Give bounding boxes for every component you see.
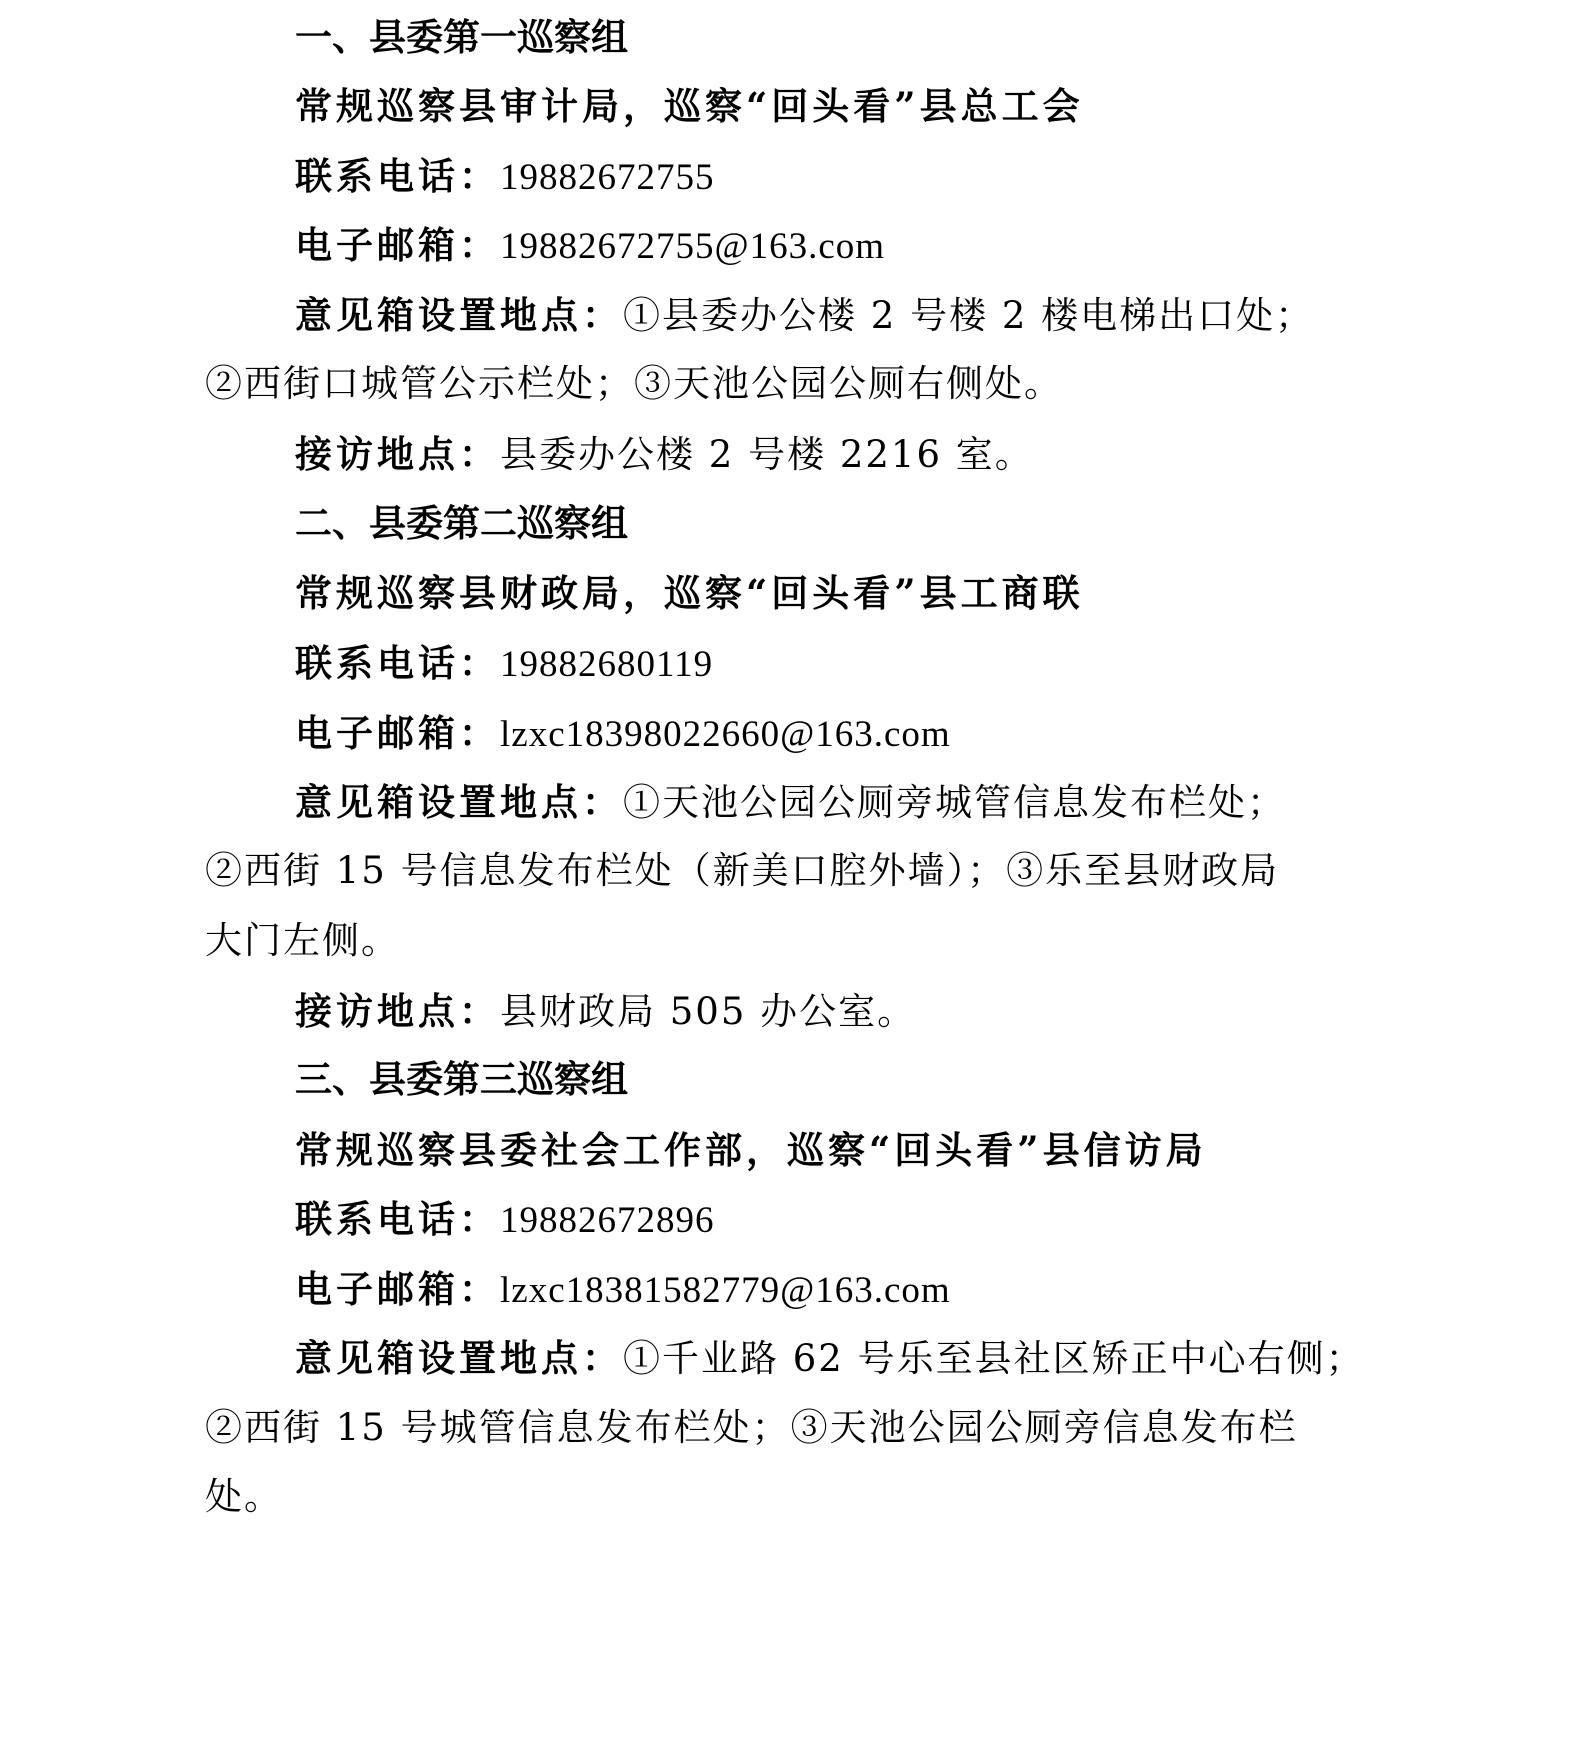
group-2-box-line3: 大门左侧。 xyxy=(205,911,1385,971)
phone-value: 19882672896 xyxy=(500,1200,715,1241)
email-label: 电子邮箱： xyxy=(295,223,500,267)
group-2-scope: 常规巡察县财政局，巡察“回头看”县工商联 xyxy=(295,563,1475,623)
phone-label: 联系电话： xyxy=(295,154,500,198)
group-3-heading: 三、县委第三巡察组 xyxy=(295,1050,1475,1110)
visit-label: 接访地点： xyxy=(295,989,500,1033)
group-3-email-row: 电子邮箱：lzxc18381582779@163.com xyxy=(295,1259,1475,1319)
group-3-box-line2: ②西街 15 号城管信息发布栏处；③天池公园公厕旁信息发布栏 xyxy=(205,1398,1385,1458)
group-2-box-row: 意见箱设置地点：①天池公园公厕旁城管信息发布栏处； xyxy=(295,772,1475,832)
group-3-phone-row: 联系电话：19882672896 xyxy=(295,1189,1475,1249)
email-value: lzxc18398022660@163.com xyxy=(500,714,951,755)
group-2-visit-row: 接访地点：县财政局 505 办公室。 xyxy=(295,981,1475,1041)
box-label: 意见箱设置地点： xyxy=(295,293,623,337)
box-label: 意见箱设置地点： xyxy=(295,1336,623,1380)
group-2-email-row: 电子邮箱：lzxc18398022660@163.com xyxy=(295,703,1475,763)
visit-value: 县财政局 505 办公室。 xyxy=(500,990,916,1033)
document-page: 一、县委第一巡察组 常规巡察县审计局，巡察“回头看”县总工会 联系电话：1988… xyxy=(0,0,1587,1742)
group-3-scope: 常规巡察县委社会工作部，巡察“回头看”县信访局 xyxy=(295,1120,1475,1180)
group-1-phone-row: 联系电话：19882672755 xyxy=(295,146,1475,206)
phone-label: 联系电话： xyxy=(295,641,500,685)
email-value: 19882672755@163.com xyxy=(500,226,885,267)
box-location-line1: ①天池公园公厕旁城管信息发布栏处； xyxy=(623,781,1286,824)
group-2-box-line2: ②西街 15 号信息发布栏处（新美口腔外墙）；③乐至县财政局 xyxy=(205,841,1385,901)
email-label: 电子邮箱： xyxy=(295,1267,500,1311)
box-label: 意见箱设置地点： xyxy=(295,780,623,824)
phone-value: 19882680119 xyxy=(500,644,713,685)
email-value: lzxc18381582779@163.com xyxy=(500,1270,951,1311)
phone-value: 19882672755 xyxy=(500,157,715,198)
phone-label: 联系电话： xyxy=(295,1197,500,1241)
group-3-box-row: 意见箱设置地点：①千业路 62 号乐至县社区矫正中心右侧； xyxy=(295,1328,1475,1388)
group-1-box-line2: ②西街口城管公示栏处；③天池公园公厕右侧处。 xyxy=(205,354,1385,414)
group-2-phone-row: 联系电话：19882680119 xyxy=(295,633,1475,693)
group-2-heading: 二、县委第二巡察组 xyxy=(295,494,1475,554)
box-location-line1: ①千业路 62 号乐至县社区矫正中心右侧； xyxy=(623,1337,1365,1380)
group-1-email-row: 电子邮箱：19882672755@163.com xyxy=(295,215,1475,275)
group-1-visit-row: 接访地点：县委办公楼 2 号楼 2216 室。 xyxy=(295,424,1475,484)
group-1-scope: 常规巡察县审计局，巡察“回头看”县总工会 xyxy=(295,76,1475,136)
group-3-box-line3: 处。 xyxy=(205,1467,1385,1527)
visit-label: 接访地点： xyxy=(295,432,500,476)
box-location-line1: ①县委办公楼 2 号楼 2 楼电梯出口处； xyxy=(623,294,1314,337)
group-1-box-row: 意见箱设置地点：①县委办公楼 2 号楼 2 楼电梯出口处； xyxy=(295,285,1475,345)
group-1-heading: 一、县委第一巡察组 xyxy=(295,8,1475,68)
email-label: 电子邮箱： xyxy=(295,711,500,755)
visit-value: 县委办公楼 2 号楼 2216 室。 xyxy=(500,433,1034,476)
